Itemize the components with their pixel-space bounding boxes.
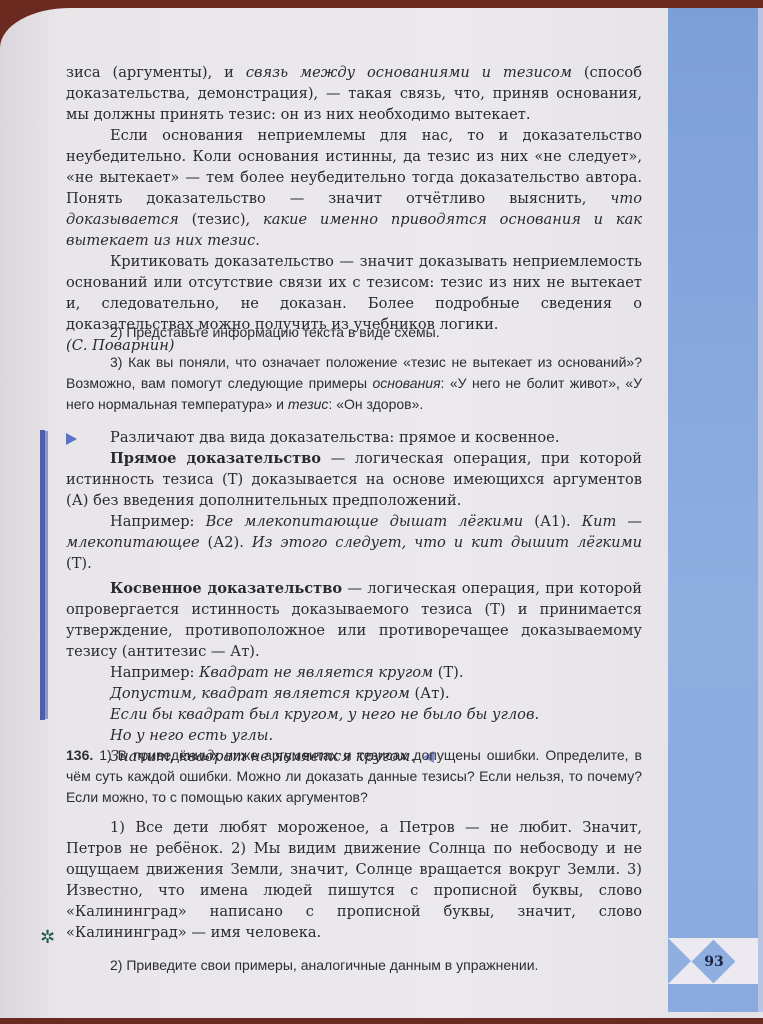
tasks-block: 2) Представьте информацию текста в виде … (66, 322, 642, 415)
intro-text: зиса (аргументы), и связь между основани… (66, 62, 642, 356)
indirect-proof-example-1: Например: Квадрат не является кругом (Т)… (66, 662, 642, 683)
indirect-proof-example-4: Но у него есть углы. (66, 725, 642, 746)
exercise-examples: 1) Все дети любят мороженое, а Петров — … (66, 817, 642, 943)
task-2: 2) Представьте информацию текста в виде … (66, 322, 642, 343)
theory-box-marker-line (40, 430, 45, 720)
exercise-number: 136. (66, 747, 93, 763)
intro-paragraph-2: Если основания неприемлемы для нас, то и… (66, 125, 642, 251)
theory-block: Различают два вида доказательства: прямо… (66, 427, 642, 767)
side-color-strip (668, 8, 758, 1012)
indirect-proof-definition: Косвенное доказательство — логическая оп… (66, 578, 642, 662)
creative-task-star-icon: ✲ (40, 927, 55, 948)
indirect-proof-example-2: Допустим, квадрат является кругом (Ат). (66, 683, 642, 704)
exercise-136: 136. 1) В приведённых ниже аргументах и … (66, 745, 642, 976)
indirect-proof-example-3: Если бы квадрат был кругом, у него не бы… (66, 704, 642, 725)
direct-proof-example: Например: Все млекопитающие дышат лёгким… (66, 511, 642, 574)
page-number-diamond: 93 (692, 940, 736, 984)
theory-intro: Различают два вида доказательства: прямо… (66, 427, 642, 448)
page-number: 93 (704, 954, 723, 970)
exercise-task-1: 136. 1) В приведённых ниже аргументах и … (66, 745, 642, 808)
page-number-triangle (668, 938, 691, 984)
page-edge (758, 8, 763, 1012)
intro-paragraph-1: зиса (аргументы), и связь между основани… (66, 62, 642, 125)
exercise-task-2: 2) Приведите свои примеры, аналогичные д… (66, 955, 642, 976)
direct-proof-definition: Прямое доказательство — логическая опера… (66, 448, 642, 511)
task-3: 3) Как вы поняли, что означает положение… (66, 352, 642, 415)
